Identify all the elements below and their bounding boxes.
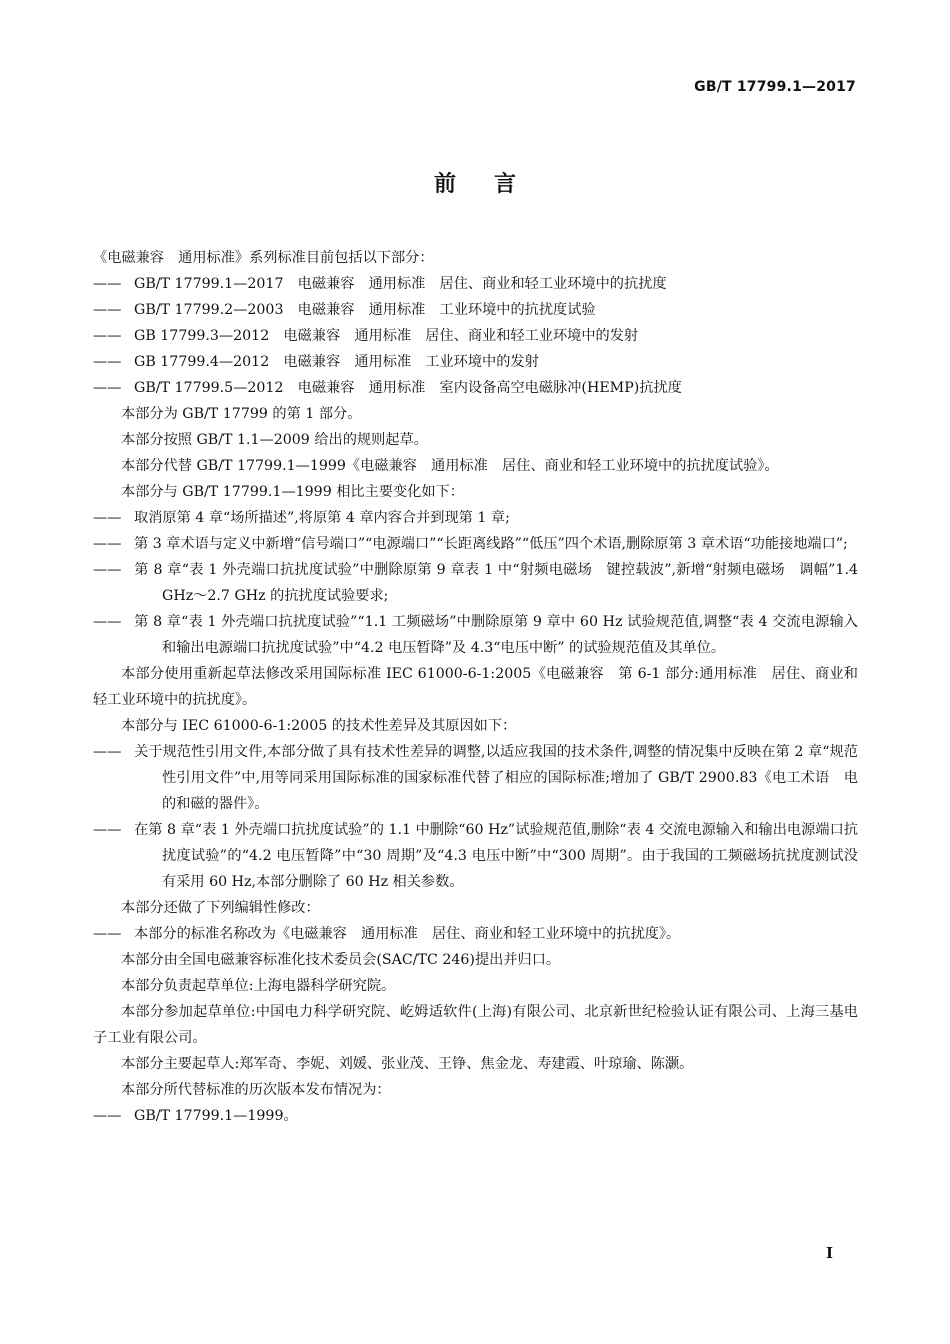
list-item-text: 取消原第 4 章“场所描述”,将原第 4 章内容合并到现第 1 章; (134, 510, 510, 526)
list-item-text: 第 3 章术语与定义中新增“信号端口”“电源端口”“长距离线路”“低压”四个术语… (134, 536, 848, 552)
list-item: ——关于规范性引用文件,本部分做了具有技术性差异的调整,以适应我国的技术条件,调… (93, 739, 858, 817)
list-item: ——GB/T 17799.1—1999。 (93, 1103, 858, 1129)
list-item: ——GB 17799.3—2012 电磁兼容 通用标准 居住、商业和轻工业环境中… (93, 323, 858, 349)
list-item: ——第 8 章“表 1 外壳端口抗扰度试验”中删除原第 9 章表 1 中“射频电… (93, 557, 858, 609)
page-number: I (826, 1244, 833, 1262)
list-item-text: 本部分的标准名称改为《电磁兼容 通用标准 居住、商业和轻工业环境中的抗扰度》。 (134, 926, 680, 942)
dash-bullet: —— (93, 1103, 134, 1129)
list-item: ——取消原第 4 章“场所描述”,将原第 4 章内容合并到现第 1 章; (93, 505, 858, 531)
paragraph: 本部分所代替标准的历次版本发布情况为： (93, 1077, 858, 1103)
list-item-text: GB 17799.4—2012 电磁兼容 通用标准 工业环境中的发射 (134, 354, 539, 370)
dash-bullet: —— (93, 531, 134, 557)
paragraph: 本部分代替 GB/T 17799.1—1999《电磁兼容 通用标准 居住、商业和… (93, 453, 858, 479)
list-item-text: GB/T 17799.1—2017 电磁兼容 通用标准 居住、商业和轻工业环境中… (134, 276, 667, 292)
paragraph: 本部分还做了下列编辑性修改： (93, 895, 858, 921)
list-item-text: 在第 8 章“表 1 外壳端口抗扰度试验”的 1.1 中删除“60 Hz”试验规… (134, 822, 858, 890)
list-item-text: GB/T 17799.5—2012 电磁兼容 通用标准 室内设备高空电磁脉冲(H… (134, 380, 682, 396)
paragraph: 本部分与 GB/T 17799.1—1999 相比主要变化如下： (93, 479, 858, 505)
paragraph: 本部分参加起草单位:中国电力科学研究院、屹姆适软件(上海)有限公司、北京新世纪检… (93, 999, 858, 1051)
dash-bullet: —— (93, 817, 134, 843)
dash-bullet: —— (93, 297, 134, 323)
list-item: ——GB 17799.4—2012 电磁兼容 通用标准 工业环境中的发射 (93, 349, 858, 375)
list-item-text: GB/T 17799.1—1999。 (134, 1108, 298, 1124)
list-item-text: 第 8 章“表 1 外壳端口抗扰度试验”中删除原第 9 章表 1 中“射频电磁场… (134, 562, 858, 604)
dash-bullet: —— (93, 921, 134, 947)
list-item: ——GB/T 17799.5—2012 电磁兼容 通用标准 室内设备高空电磁脉冲… (93, 375, 858, 401)
dash-bullet: —— (93, 505, 134, 531)
dash-bullet: —— (93, 557, 134, 583)
list-item: ——第 8 章“表 1 外壳端口抗扰度试验”“1.1 工频磁场”中删除原第 9 … (93, 609, 858, 661)
page-title: 前言 (0, 167, 950, 198)
dash-bullet: —— (93, 609, 134, 635)
paragraph: 本部分由全国电磁兼容标准化技术委员会(SAC/TC 246)提出并归口。 (93, 947, 858, 973)
paragraph: 本部分负责起草单位:上海电器科学研究院。 (93, 973, 858, 999)
list-item: ——第 3 章术语与定义中新增“信号端口”“电源端口”“长距离线路”“低压”四个… (93, 531, 858, 557)
dash-bullet: —— (93, 323, 134, 349)
foreword-body: 《电磁兼容 通用标准》系列标准目前包括以下部分：——GB/T 17799.1—2… (93, 245, 858, 1129)
list-item-text: 关于规范性引用文件,本部分做了具有技术性差异的调整,以适应我国的技术条件,调整的… (134, 744, 858, 812)
dash-bullet: —— (93, 349, 134, 375)
paragraph: 本部分与 IEC 61000-6-1:2005 的技术性差异及其原因如下： (93, 713, 858, 739)
paragraph: 本部分主要起草人:郑军奇、李妮、刘媛、张业茂、王铮、焦金龙、寿建霞、叶琼瑜、陈灏… (93, 1051, 858, 1077)
list-item-text: GB/T 17799.2—2003 电磁兼容 通用标准 工业环境中的抗扰度试验 (134, 302, 596, 318)
dash-bullet: —— (93, 739, 134, 765)
paragraph: 《电磁兼容 通用标准》系列标准目前包括以下部分： (93, 245, 858, 271)
list-item: ——在第 8 章“表 1 外壳端口抗扰度试验”的 1.1 中删除“60 Hz”试… (93, 817, 858, 895)
list-item-text: GB 17799.3—2012 电磁兼容 通用标准 居住、商业和轻工业环境中的发… (134, 328, 638, 344)
paragraph: 本部分使用重新起草法修改采用国际标准 IEC 61000-6-1:2005《电磁… (93, 661, 858, 713)
list-item: ——本部分的标准名称改为《电磁兼容 通用标准 居住、商业和轻工业环境中的抗扰度》… (93, 921, 858, 947)
paragraph: 本部分为 GB/T 17799 的第 1 部分。 (93, 401, 858, 427)
list-item: ——GB/T 17799.2—2003 电磁兼容 通用标准 工业环境中的抗扰度试… (93, 297, 858, 323)
dash-bullet: —— (93, 375, 134, 401)
list-item: ——GB/T 17799.1—2017 电磁兼容 通用标准 居住、商业和轻工业环… (93, 271, 858, 297)
standard-id-header: GB/T 17799.1—2017 (694, 79, 856, 95)
paragraph: 本部分按照 GB/T 1.1—2009 给出的规则起草。 (93, 427, 858, 453)
dash-bullet: —— (93, 271, 134, 297)
list-item-text: 第 8 章“表 1 外壳端口抗扰度试验”“1.1 工频磁场”中删除原第 9 章中… (134, 614, 858, 656)
